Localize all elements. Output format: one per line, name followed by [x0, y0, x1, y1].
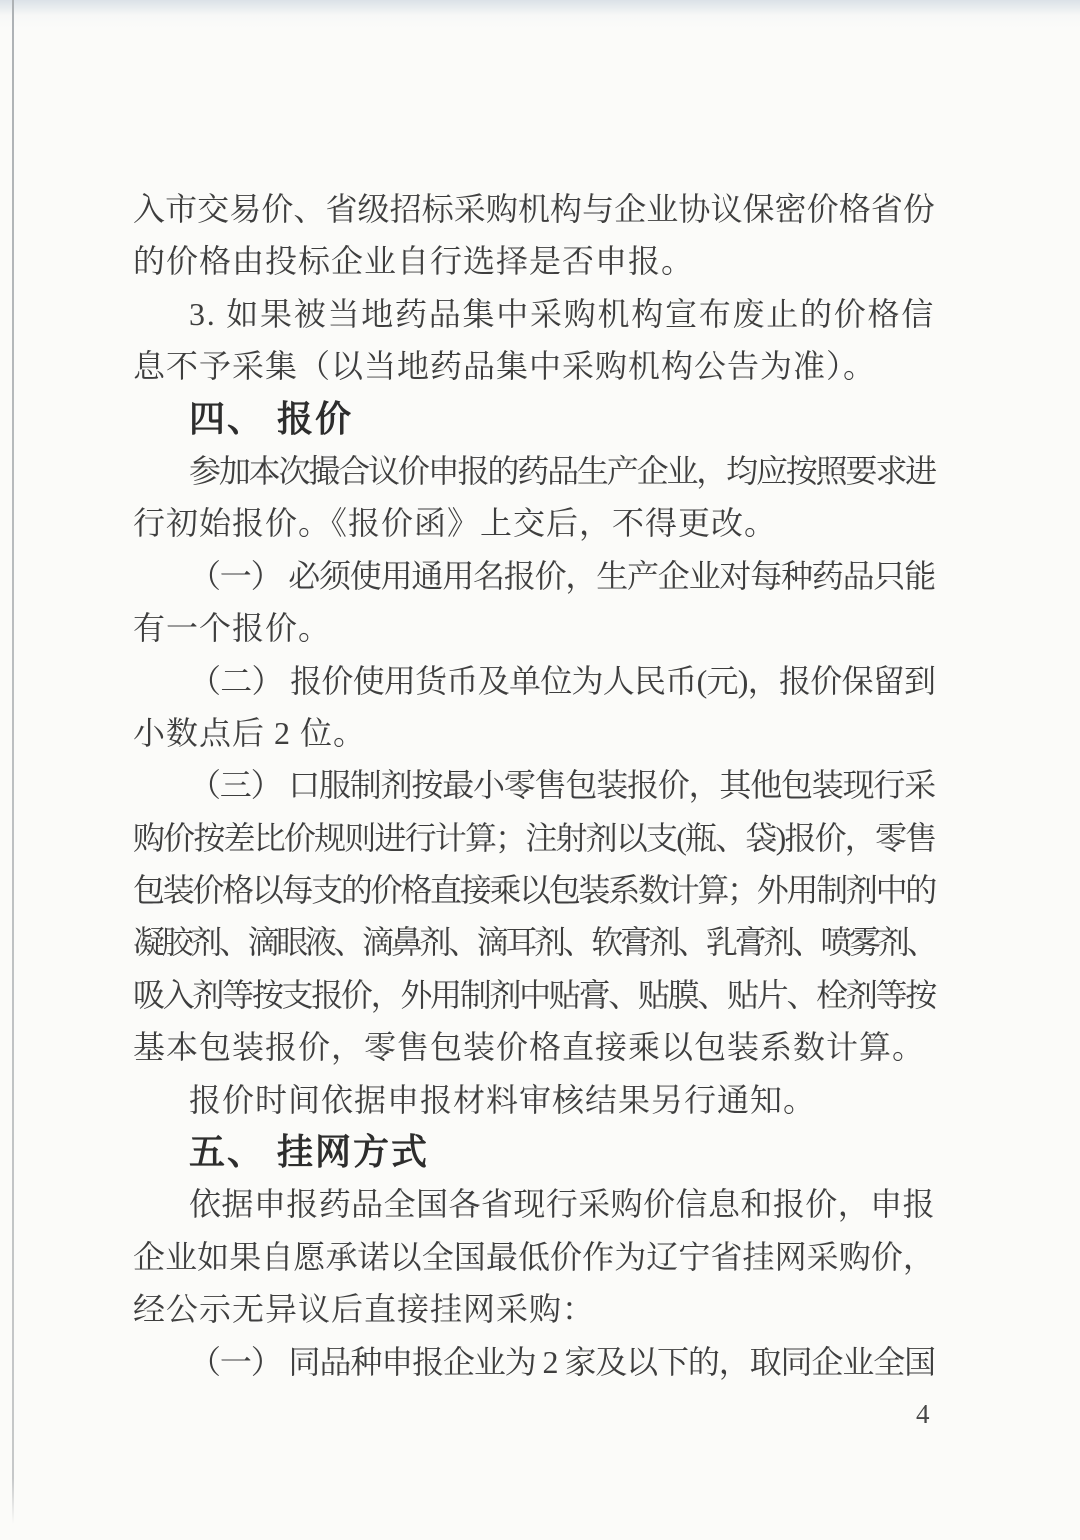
document-line: （一） 必须使用通用名报价，生产企业对每种药品只能: [133, 550, 935, 602]
line-text: 行初始报价。《报价函》上交后，不得更改。: [133, 505, 777, 541]
line-text: （二） 报价使用货币及单位为人民币(元)，报价保留到: [189, 663, 935, 699]
scan-top-shadow: [0, 0, 1080, 28]
line-text: 3. 如果被当地药品集中采购机构宣布废止的价格信: [189, 296, 935, 332]
line-text: 入市交易价、省级招标采购机构与企业协议保密价格省份: [133, 191, 935, 227]
line-text: 包装价格以每支的价格直接乘以包装系数计算；外用制剂中的: [133, 872, 935, 908]
page-number: 4: [916, 1399, 930, 1430]
line-text: 依据申报药品全国各省现行采购价信息和报价，申报: [189, 1186, 935, 1222]
line-text: 吸入剂等按支报价，外用制剂中贴膏、贴膜、贴片、栓剂等按: [133, 977, 935, 1013]
line-text: （三） 口服制剂按最小零售包装报价，其他包装现行采: [189, 767, 935, 803]
document-line: 小数点后 2 位。: [133, 707, 935, 759]
document-text-block: 入市交易价、省级招标采购机构与企业协议保密价格省份 的价格由投标企业自行选择是否…: [133, 183, 935, 1388]
line-text: 参加本次撮合议价申报的药品生产企业，均应按照要求进: [189, 453, 935, 489]
page-edge-scan-line: [12, 0, 14, 1524]
line-text: 报价时间依据申报材料审核结果另行通知。: [189, 1082, 816, 1118]
document-line: 有一个报价。: [133, 602, 935, 654]
document-line: 包装价格以每支的价格直接乘以包装系数计算；外用制剂中的: [133, 864, 935, 916]
document-line: 企业如果自愿承诺以全国最低价作为辽宁省挂网采购价，: [133, 1231, 935, 1283]
document-line: （三） 口服制剂按最小零售包装报价，其他包装现行采: [133, 759, 935, 811]
document-line: 参加本次撮合议价申报的药品生产企业，均应按照要求进: [133, 445, 935, 497]
document-line: 息不予采集（以当地药品集中采购机构公告为准）。: [133, 340, 935, 392]
document-line: 入市交易价、省级招标采购机构与企业协议保密价格省份: [133, 183, 935, 235]
document-line: 吸入剂等按支报价，外用制剂中贴膏、贴膜、贴片、栓剂等按: [133, 969, 935, 1021]
line-text: 基本包装报价，零售包装价格直接乘以包装系数计算。: [133, 1029, 925, 1065]
line-text: 购价按差比价规则进行计算；注射剂以支(瓶、袋)报价，零售: [133, 820, 935, 856]
document-line: 基本包装报价，零售包装价格直接乘以包装系数计算。: [133, 1021, 935, 1073]
section-heading-4: 四、 报价: [133, 393, 935, 445]
line-text: （一） 同品种申报企业为 2 家及以下的，取同企业全国: [189, 1344, 935, 1380]
line-text: 小数点后 2 位。: [133, 715, 366, 751]
line-text: 经公示无异议后直接挂网采购：: [133, 1291, 595, 1327]
document-line: 行初始报价。《报价函》上交后，不得更改。: [133, 497, 935, 549]
document-line: 报价时间依据申报材料审核结果另行通知。: [133, 1074, 935, 1126]
scanned-document-page: { "document": { "page_number": "4", "lin…: [0, 0, 1080, 1540]
line-text: （一） 必须使用通用名报价，生产企业对每种药品只能: [189, 558, 935, 594]
line-text: 的价格由投标企业自行选择是否申报。: [133, 243, 694, 279]
line-text: 有一个报价。: [133, 610, 331, 646]
section-heading-5: 五、 挂网方式: [133, 1126, 935, 1178]
line-text: 息不予采集（以当地药品集中采购机构公告为准）。: [133, 348, 876, 384]
document-line: 经公示无异议后直接挂网采购：: [133, 1283, 935, 1335]
document-line: 的价格由投标企业自行选择是否申报。: [133, 235, 935, 287]
line-text: 五、 挂网方式: [189, 1131, 429, 1172]
document-line: 3. 如果被当地药品集中采购机构宣布废止的价格信: [133, 288, 935, 340]
document-line: （二） 报价使用货币及单位为人民币(元)，报价保留到: [133, 655, 935, 707]
document-line: 凝胶剂、滴眼液、滴鼻剂、滴耳剂、软膏剂、乳膏剂、喷雾剂、: [133, 916, 935, 968]
document-line: 依据申报药品全国各省现行采购价信息和报价，申报: [133, 1178, 935, 1230]
line-text: 凝胶剂、滴眼液、滴鼻剂、滴耳剂、软膏剂、乳膏剂、喷雾剂、: [133, 924, 935, 960]
line-text: 四、 报价: [189, 398, 353, 439]
document-line: 购价按差比价规则进行计算；注射剂以支(瓶、袋)报价，零售: [133, 812, 935, 864]
line-text: 企业如果自愿承诺以全国最低价作为辽宁省挂网采购价，: [133, 1239, 935, 1275]
document-line: （一） 同品种申报企业为 2 家及以下的，取同企业全国: [133, 1336, 935, 1388]
